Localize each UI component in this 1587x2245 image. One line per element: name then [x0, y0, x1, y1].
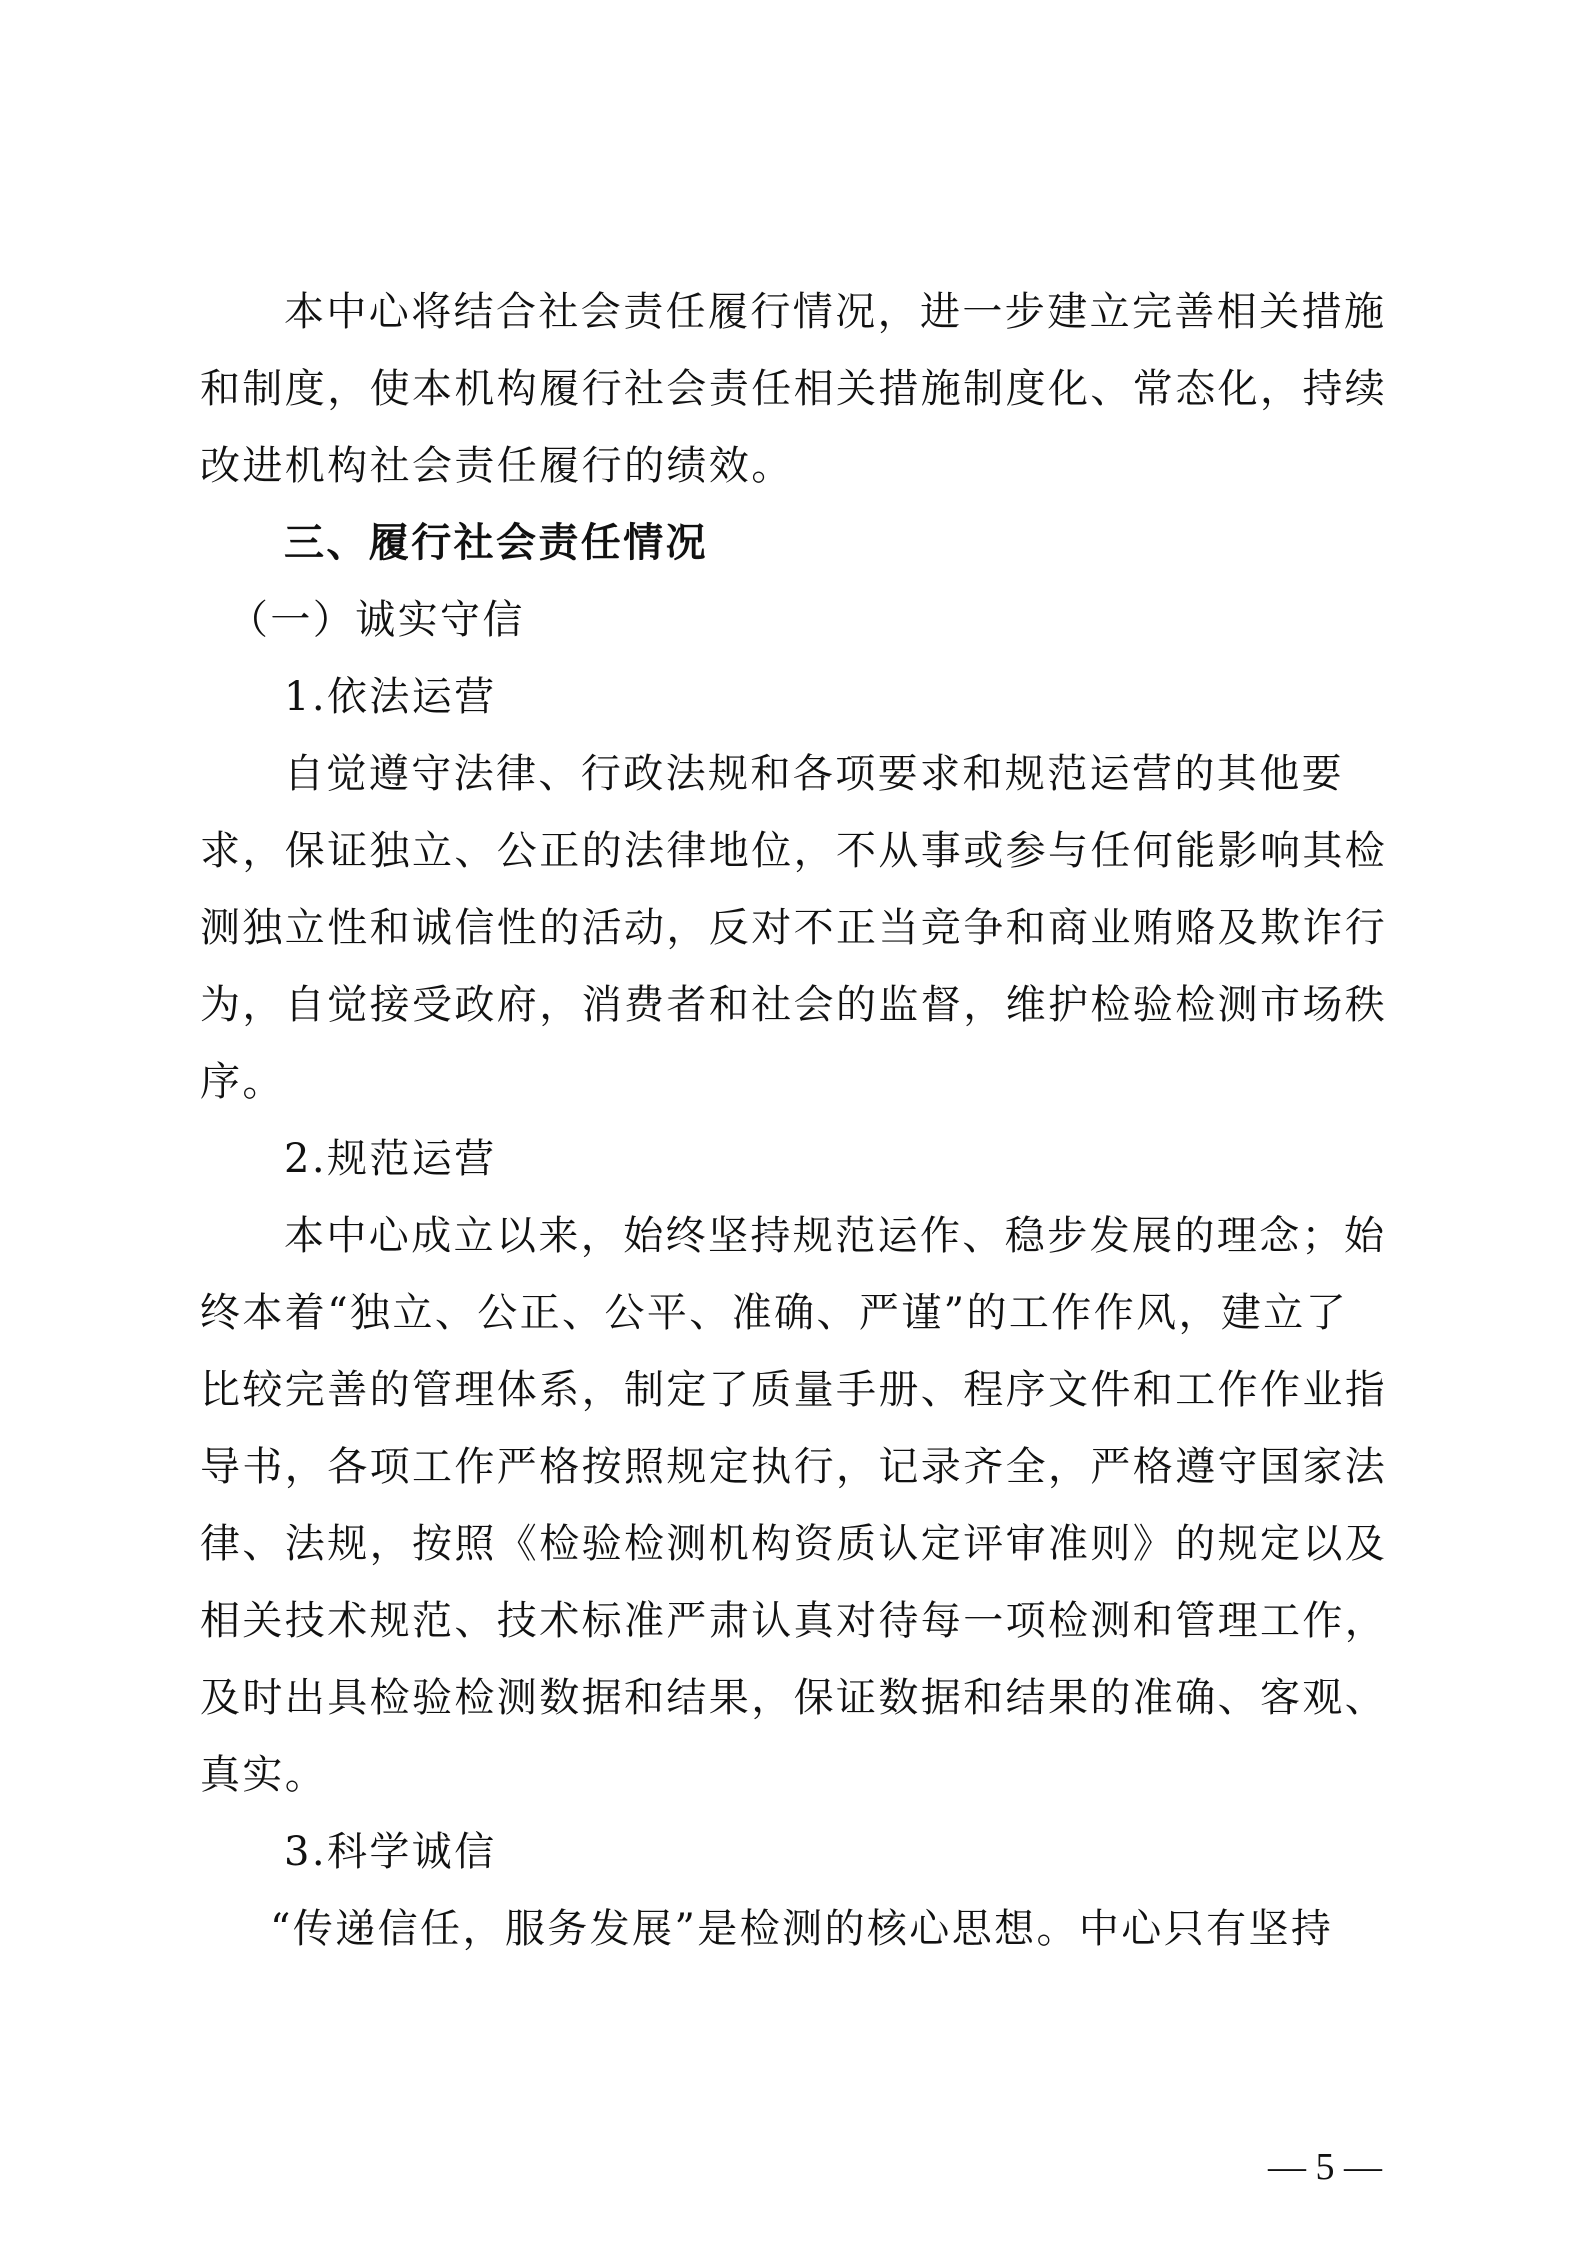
paragraph-line: “传递信任，服务发展”是检测的核心思想。中心只有坚持 — [270, 1899, 1333, 1959]
paragraph-line: 真实。 — [200, 1745, 327, 1805]
page-number: — 5 — — [1268, 2142, 1382, 2192]
paragraph-line: 终本着“独立、公正、公平、准确、严谨”的工作作风，建立了 — [200, 1283, 1348, 1343]
paragraph-line: 及时出具检验检测数据和结果，保证数据和结果的准确、客观、 — [200, 1668, 1387, 1728]
paragraph-line: 序。 — [200, 1052, 285, 1112]
paragraph-line: 为，自觉接受政府，消费者和社会的监督，维护检验检测市场秩 — [200, 975, 1387, 1035]
paragraph-line: 比较完善的管理体系，制定了质量手册、程序文件和工作作业指 — [200, 1360, 1387, 1420]
item-heading: 2.规范运营 — [284, 1129, 497, 1189]
paragraph-line: 测独立性和诚信性的活动，反对不正当竞争和商业贿赂及欺诈行 — [200, 898, 1387, 958]
paragraph-line: 本中心成立以来，始终坚持规范运作、稳步发展的理念；始 — [284, 1206, 1386, 1266]
paragraph-line: 本中心将结合社会责任履行情况，进一步建立完善相关措施 — [284, 282, 1386, 342]
paragraph-line: 和制度，使本机构履行社会责任相关措施制度化、常态化，持续 — [200, 359, 1387, 419]
section-heading: 三、履行社会责任情况 — [284, 513, 708, 573]
item-heading: 3.科学诚信 — [284, 1822, 497, 1882]
paragraph-line: 律、法规，按照《检验检测机构资质认定评审准则》的规定以及 — [200, 1514, 1387, 1574]
paragraph-line: 改进机构社会责任履行的绩效。 — [200, 436, 794, 496]
paragraph-line: 导书，各项工作严格按照规定执行，记录齐全，严格遵守国家法 — [200, 1437, 1387, 1497]
paragraph-line: 自觉遵守法律、行政法规和各项要求和规范运营的其他要 — [284, 744, 1344, 804]
paragraph-line: 求，保证独立、公正的法律地位，不从事或参与任何能影响其检 — [200, 821, 1387, 881]
item-heading: 1.依法运营 — [284, 667, 497, 727]
paragraph-line: 相关技术规范、技术标准严肃认真对待每一项检测和管理工作， — [200, 1591, 1387, 1651]
subsection-heading: （一）诚实守信 — [228, 590, 525, 650]
